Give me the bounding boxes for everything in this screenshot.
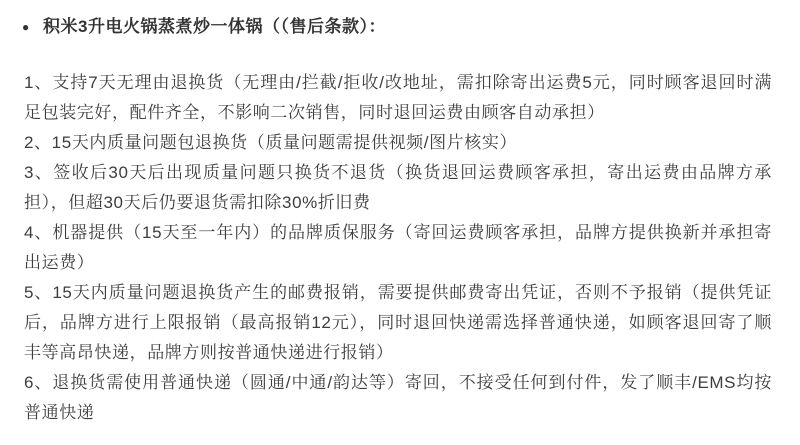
after-sales-document: ● 积米3升电火锅蒸煮炒一体锅（（售后条款）： 1、支持7天无理由退换货（无理由… <box>0 0 800 428</box>
bullet-icon: ● <box>22 20 30 34</box>
page-title: ● 积米3升电火锅蒸煮炒一体锅（（售后条款）： <box>22 14 776 40</box>
term-item-1: 1、支持7天无理由退换货（无理由/拦截/拒收/改地址，需扣除寄出运费5元，同时顾… <box>22 68 776 128</box>
term-item-6: 6、退换货需使用普通快递（圆通/中通/韵达等）寄回，不接受任何到付件，发了顺丰/… <box>22 368 776 428</box>
term-item-5: 5、15天内质量问题退换货产生的邮费报销，需要提供邮费寄出凭证，否则不予报销（提… <box>22 278 776 368</box>
term-item-3: 3、签收后30天后出现质量问题只换货不退货（换货退回运费顾客承担，寄出运费由品牌… <box>22 158 776 218</box>
after-sales-policy-page: ● 积米3升电火锅蒸煮炒一体锅（（售后条款）： 1、支持7天无理由退换货（无理由… <box>0 0 800 445</box>
terms-list: 1、支持7天无理由退换货（无理由/拦截/拒收/改地址，需扣除寄出运费5元，同时顾… <box>22 68 776 428</box>
term-item-4: 4、机器提供（15天至一年内）的品牌质保服务（寄回运费顾客承担，品牌方提供换新并… <box>22 218 776 278</box>
term-item-2: 2、15天内质量问题包退换货（质量问题需提供视频/图片核实） <box>22 128 776 158</box>
page-title-text: 积米3升电火锅蒸煮炒一体锅（（售后条款）： <box>43 17 386 36</box>
